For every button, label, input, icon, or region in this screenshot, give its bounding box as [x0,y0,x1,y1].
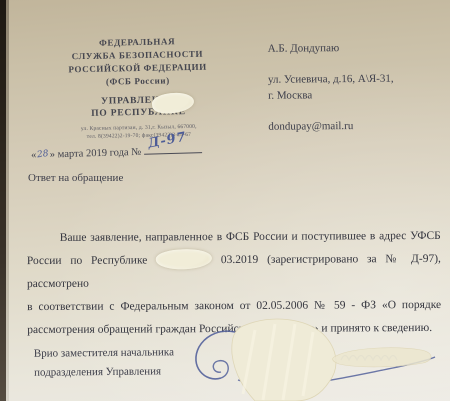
org-name-line-4: (ФСБ России) [28,73,248,90]
subject-line: Ответ на обращение [28,172,123,184]
signer-title-line-1: Врио заместителя начальника [34,343,174,363]
body-line-2-pre: России по Республике [27,254,148,267]
recipient-address-line-1: ул. Усиевича, д.16, А\Я-31, [268,70,443,88]
photo-left-edge-shadow [0,0,6,401]
recipient-name: А.Б. Дондупаю [268,41,443,55]
body-redaction-blob [156,248,213,271]
doc-number-underline: Д-97 [144,140,202,155]
body-line-2: России по Республике 03.2019 (зарегистри… [27,248,441,296]
signer-title-block: Врио заместителя начальника подразделени… [34,343,174,382]
document-photo: ФЕДЕРАЛЬНАЯ СЛУЖБА БЕЗОПАСНОСТИ РОССИЙСК… [0,0,450,401]
date-text: марта 2019 года № [55,147,142,160]
date-line: «28» марта 2019 года №Д-97 [31,139,241,161]
signer-title-line-2: подразделения Управления [34,362,174,382]
signature-ink-spiral [213,361,228,378]
recipient-email: dondupay@mail.ru [268,119,443,133]
letterhead: ФЕДЕРАЛЬНАЯ СЛУЖБА БЕЗОПАСНОСТИ РОССИЙСК… [27,34,249,142]
recipient-block: А.Б. Дондупаю ул. Усиевича, д.16, А\Я-31… [268,41,444,133]
recipient-address-line-2: г. Москва [268,86,443,104]
signature [183,316,443,401]
handwritten-day: 28 [37,149,50,160]
body-line-1: Ваше заявление, направленное в ФСБ Росси… [27,225,441,250]
signature-whiteout-streak [333,348,432,367]
division-block: УПРАВЛЕНИЕ ПО РЕСПУБЛИКЕ [28,93,248,121]
